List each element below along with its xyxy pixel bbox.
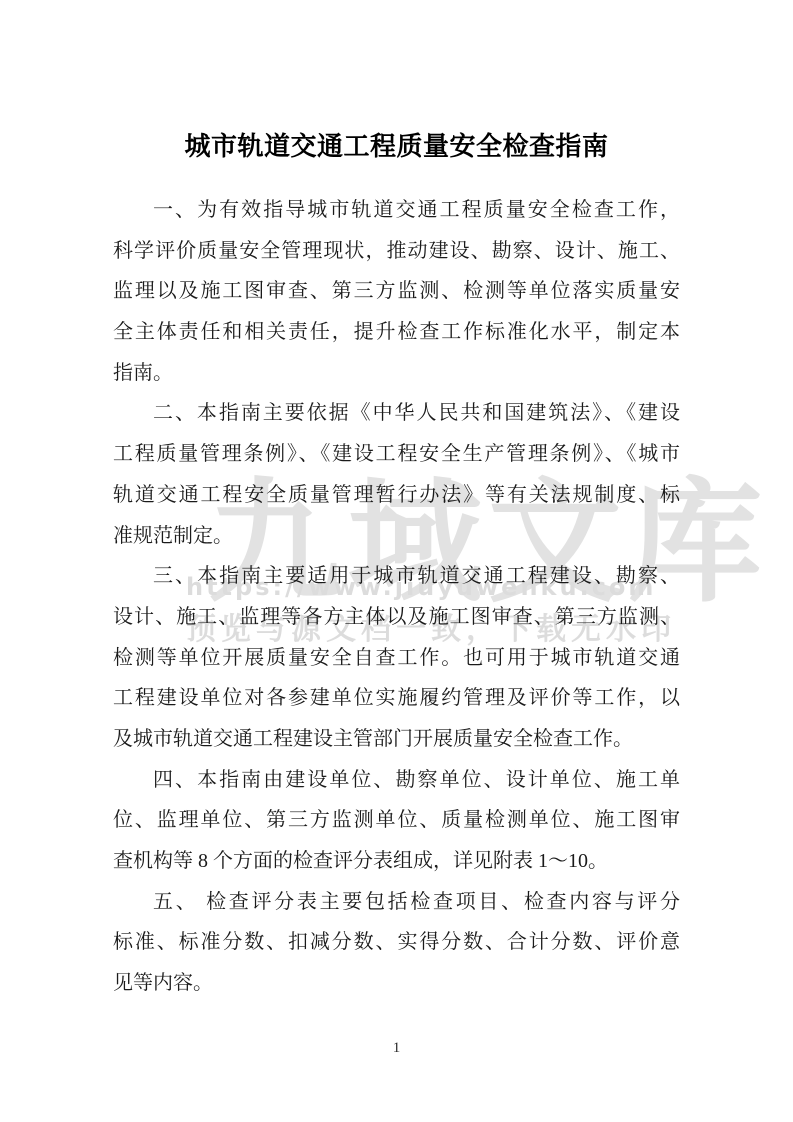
paragraph-1-line: 科学评价质量安全管理现状，推动建设、勘察、设计、施工、 — [113, 231, 680, 272]
paragraph-5-line: 标准、标准分数、扣减分数、实得分数、合计分数、评价意 — [113, 922, 680, 963]
paragraph-2-line: 轨道交通工程安全质量管理暂行办法》等有关法规制度、标 — [113, 475, 680, 516]
paragraph-2-line: 准规范制定。 — [113, 516, 680, 557]
document-content: 城市轨道交通工程质量安全检查指南 一、为有效指导城市轨道交通工程质量安全检查工作… — [0, 0, 793, 1122]
paragraph-5-line: 见等内容。 — [113, 963, 680, 1004]
paragraph-2-line: 二、本指南主要依据《中华人民共和国建筑法》、《建设 — [113, 393, 680, 434]
page-number: 1 — [0, 1038, 793, 1058]
document-body: 一、为有效指导城市轨道交通工程质量安全检查工作，科学评价质量安全管理现状，推动建… — [113, 190, 680, 1004]
paragraph-3-line: 及城市轨道交通工程建设主管部门开展质量安全检查工作。 — [113, 719, 680, 760]
document-page: 九域文库 https://www.jiuyuwenku.com 预览与源文档一致… — [0, 0, 793, 1122]
paragraph-5-line: 五、 检查评分表主要包括检查项目、检查内容与评分 — [113, 882, 680, 923]
paragraph-4-line: 位、监理单位、第三方监测单位、质量检测单位、施工图审 — [113, 800, 680, 841]
paragraph-1-line: 一、为有效指导城市轨道交通工程质量安全检查工作， — [113, 190, 680, 231]
paragraph-3-line: 设计、施工、监理等各方主体以及施工图审查、第三方监测、 — [113, 597, 680, 638]
page-title: 城市轨道交通工程质量安全检查指南 — [0, 131, 793, 163]
paragraph-4-line: 查机构等 8 个方面的检查评分表组成，详见附表 1～10。 — [113, 841, 680, 882]
paragraph-1-line: 全主体责任和相关责任，提升检查工作标准化水平，制定本 — [113, 312, 680, 353]
paragraph-1-line: 监理以及施工图审查、第三方监测、检测等单位落实质量安 — [113, 271, 680, 312]
paragraph-3-line: 工程建设单位对各参建单位实施履约管理及评价等工作，以 — [113, 678, 680, 719]
paragraph-3-line: 检测等单位开展质量安全自查工作。也可用于城市轨道交通 — [113, 638, 680, 679]
paragraph-4-line: 四、本指南由建设单位、勘察单位、设计单位、施工单 — [113, 760, 680, 801]
paragraph-1-line: 指南。 — [113, 353, 680, 394]
paragraph-2-line: 工程质量管理条例》、《建设工程安全生产管理条例》、《城市 — [113, 434, 680, 475]
paragraph-3-line: 三、本指南主要适用于城市轨道交通工程建设、勘察、 — [113, 556, 680, 597]
